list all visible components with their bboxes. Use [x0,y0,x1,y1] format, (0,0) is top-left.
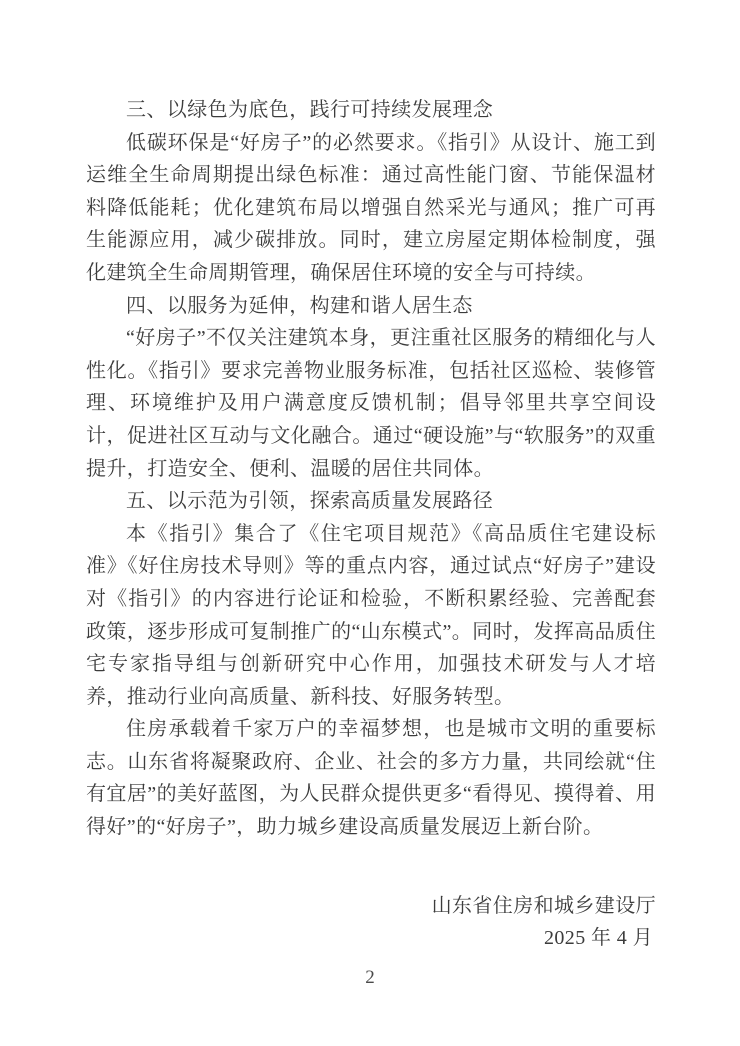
section-heading-green: 三、以绿色为底色，践行可持续发展理念 [86,94,656,127]
document-page: 三、以绿色为底色，践行可持续发展理念 低碳环保是“好房子”的必然要求。《指引》从… [0,0,740,1046]
section-paragraph-demonstration: 本《指引》集合了《住宅项目规范》《高品质住宅建设标准》《好住房技术导则》等的重点… [86,518,656,714]
section-paragraph-green: 低碳环保是“好房子”的必然要求。《指引》从设计、施工到运维全生命周期提出绿色标准… [86,127,656,290]
issuing-authority: 山东省住房和城乡建设厅 [86,890,656,923]
page-number: 2 [0,966,740,990]
section-heading-demonstration: 五、以示范为引领，探索高质量发展路径 [86,485,656,518]
section-heading-service: 四、以服务为延伸，构建和谐人居生态 [86,290,656,323]
document-body: 三、以绿色为底色，践行可持续发展理念 低碳环保是“好房子”的必然要求。《指引》从… [86,94,656,955]
section-paragraph-service: “好房子”不仅关注建筑本身，更注重社区服务的精细化与人性化。《指引》要求完善物业… [86,322,656,485]
document-date: 2025 年 4 月 [86,922,656,955]
signature-block: 山东省住房和城乡建设厅 2025 年 4 月 [86,890,656,955]
closing-paragraph: 住房承载着千家万户的幸福梦想，也是城市文明的重要标志。山东省将凝聚政府、企业、社… [86,713,656,843]
